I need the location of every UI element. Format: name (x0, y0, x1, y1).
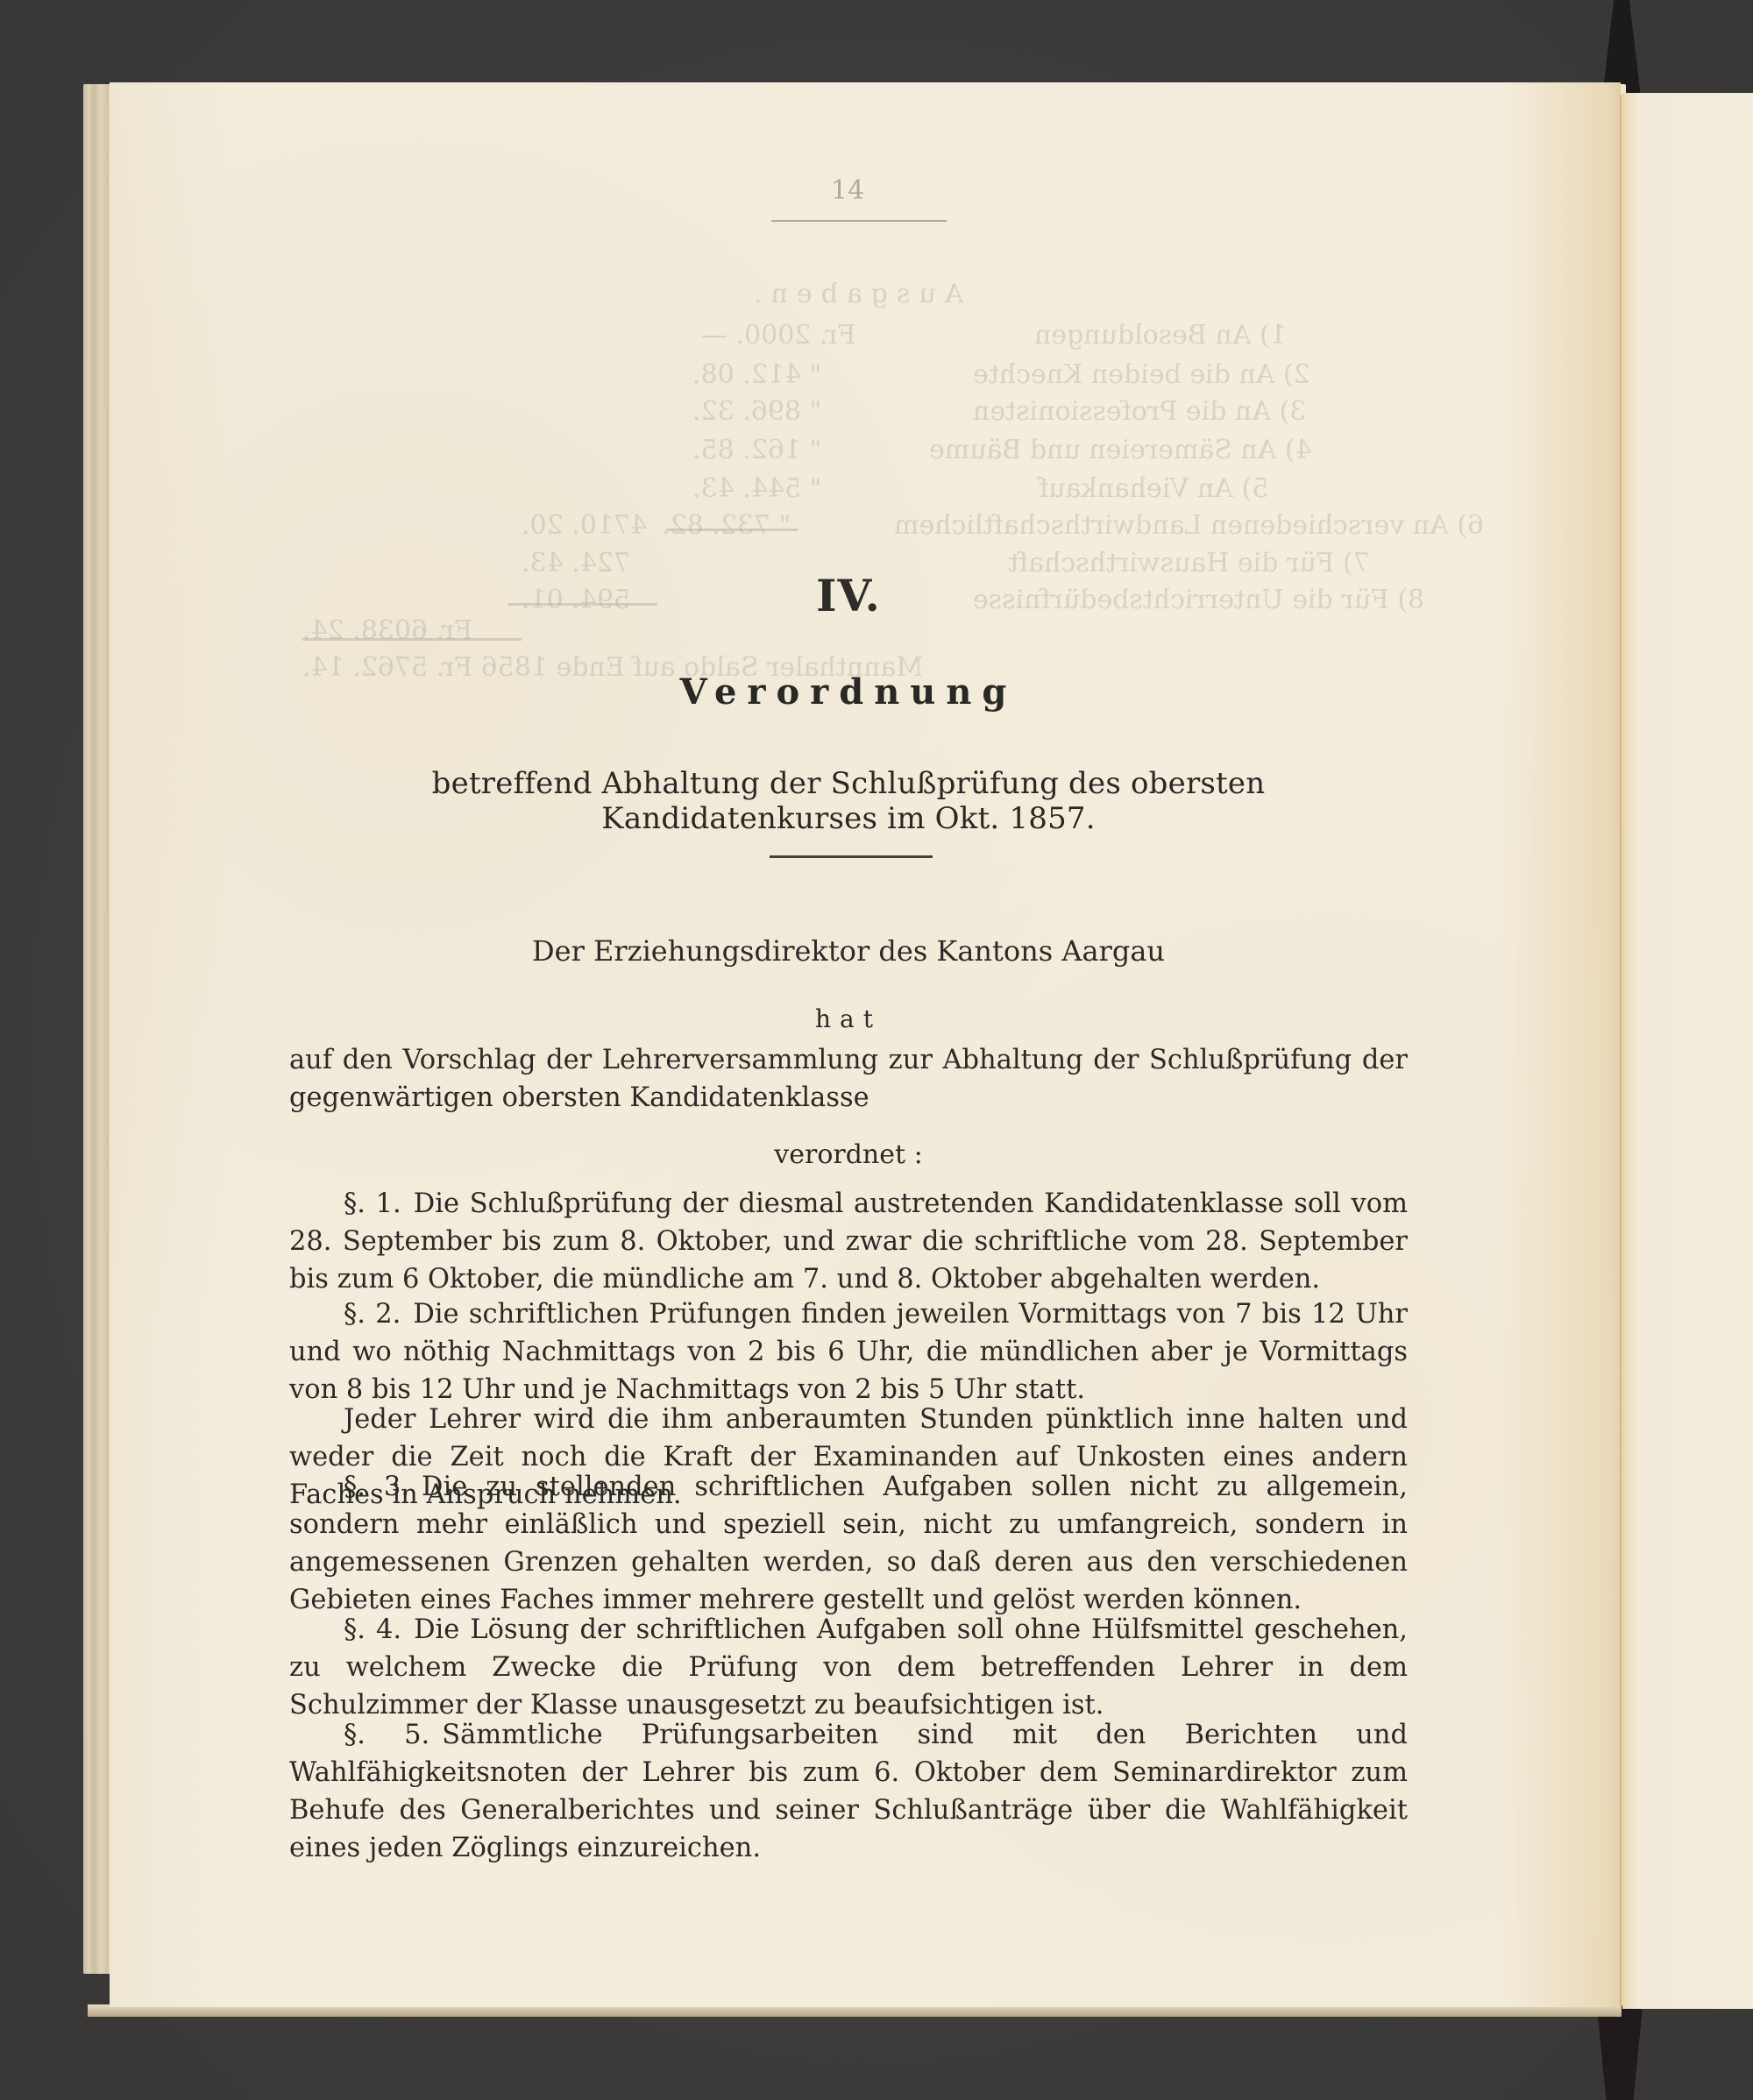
bleed-amount: " 544. 43. (692, 473, 821, 504)
bleed-amount: Fr. 2000. — (701, 320, 855, 351)
section-paragraph-4: §. 4.Die Lösung der schriftlichen Aufgab… (289, 1611, 1408, 1724)
section-label: §. 2. (344, 1299, 413, 1330)
book-gutter (1620, 95, 1622, 2005)
bleed-amount: " 412. 08. (692, 359, 821, 390)
bleed-rule (666, 529, 798, 531)
section-text: Die Lösung der schriftlichen Aufgaben so… (289, 1614, 1408, 1720)
section-label: §. 5. (344, 1720, 442, 1750)
section-label: §. 4. (344, 1614, 414, 1645)
section-label: §. 3. (344, 1472, 422, 1502)
header-rule (771, 220, 947, 222)
document-subtitle: betreffend Abhaltung der Schlußprüfung d… (289, 766, 1408, 836)
bleed-item: 3) An die Professionisten (973, 396, 1306, 427)
bleed-heading: Ausgaben. (745, 279, 963, 309)
hat-line: hat (289, 1004, 1408, 1033)
verordnet-line: verordnet : (289, 1139, 1408, 1170)
section-text: Die schriftlichen Prüfungen finden jewei… (289, 1299, 1408, 1405)
bleed-item: 6) An verschiedenen Landwirthschaftliche… (894, 510, 1484, 541)
page-number: 14 (831, 175, 864, 206)
issuing-authority: Der Erziehungsdirektor des Kantons Aarga… (289, 934, 1408, 968)
section-numeral: IV. (289, 570, 1408, 621)
bleed-amount: " 162. 85. (692, 435, 821, 465)
section-text: Die Schlußprüfung der diesmal austretend… (289, 1188, 1408, 1295)
preamble-paragraph: auf den Vorschlag der Lehrerversammlung … (289, 1041, 1408, 1117)
section-paragraph-3: §. 3.Die zu stellenden schriftlichen Auf… (289, 1468, 1408, 1619)
bleed-subtotal: 4710. 20. (522, 510, 647, 541)
bleed-item: 4) An Sämereien und Bäume (929, 435, 1312, 465)
document-title: Verordnung (289, 671, 1408, 713)
section-paragraph-2: §. 2.Die schriftlichen Prüfungen finden … (289, 1295, 1408, 1408)
bleed-amount: " 732. 82. (662, 510, 791, 541)
bleed-item: 2) An die beiden Knechte (973, 359, 1310, 390)
section-text: Sämmtliche Prüfungsarbeiten sind mit den… (289, 1720, 1408, 1863)
section-text: Die zu stellenden schriftlichen Aufgaben… (289, 1472, 1408, 1615)
divider-rule (770, 855, 933, 858)
section-label: §. 1. (344, 1188, 414, 1219)
bleed-item: 1) An Besoldungen (1034, 320, 1287, 351)
bleed-item: 5) An Viehankauf (1039, 473, 1268, 504)
bleed-amount: " 896. 32. (692, 396, 821, 427)
section-paragraph-1: §. 1.Die Schlußprüfung der diesmal austr… (289, 1185, 1408, 1298)
section-paragraph-5: §. 5.Sämmtliche Prüfungsarbeiten sind mi… (289, 1716, 1408, 1867)
bleed-rule (302, 638, 522, 641)
facing-page-sliver (1622, 93, 1753, 2009)
